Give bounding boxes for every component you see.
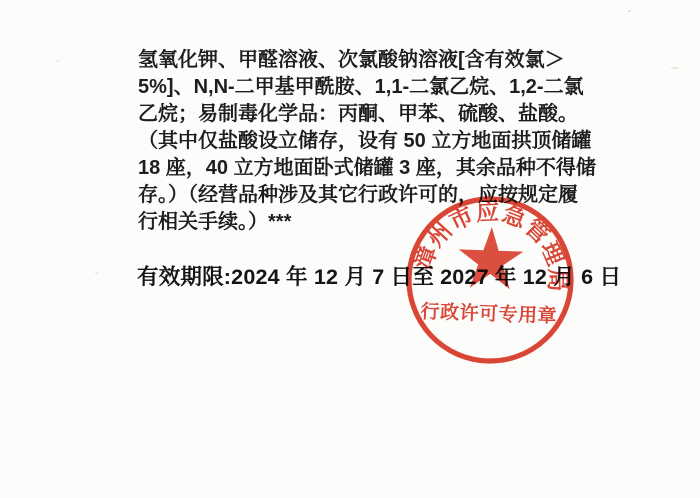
scan-speck [95, 272, 98, 274]
paragraph-line: （其中仅盐酸设立储存，设有 50 立方地面拱顶储罐 [138, 128, 596, 155]
scanned-document-page: 氢氧化钾、甲醛溶液、次氯酸钠溶液[含有效氯＞ 5%]、N,N-二甲基甲酰胺、1,… [0, 0, 700, 498]
star-icon [457, 226, 524, 290]
paragraph-line: 氢氧化钾、甲醛溶液、次氯酸钠溶液[含有效氯＞ [138, 47, 596, 74]
seal-bottom-text: 行政许可专用章 [420, 300, 557, 328]
scan-speck [628, 10, 631, 12]
official-seal-stamp: 漳 州 市 应 急 管 理 局 行政许可专用章 [397, 187, 583, 373]
scan-speck [56, 60, 59, 62]
seal-arc-char: 局 [545, 268, 571, 291]
seal-graphic: 漳 州 市 应 急 管 理 局 行政许可专用章 [397, 187, 583, 373]
paragraph-line: 乙烷；易制毒化学品：丙酮、甲苯、硫酸、盐酸。 [138, 101, 596, 128]
paragraph-line: 5%]、N,N-二甲基甲酰胺、1,1-二氯乙烷、1,2-二氯 [138, 74, 596, 101]
seal-arc-char: 应 [476, 199, 500, 226]
scan-speck [671, 67, 679, 69]
paragraph-line: 18 座，40 立方地面卧式储罐 3 座，其余品种不得储 [138, 155, 596, 182]
